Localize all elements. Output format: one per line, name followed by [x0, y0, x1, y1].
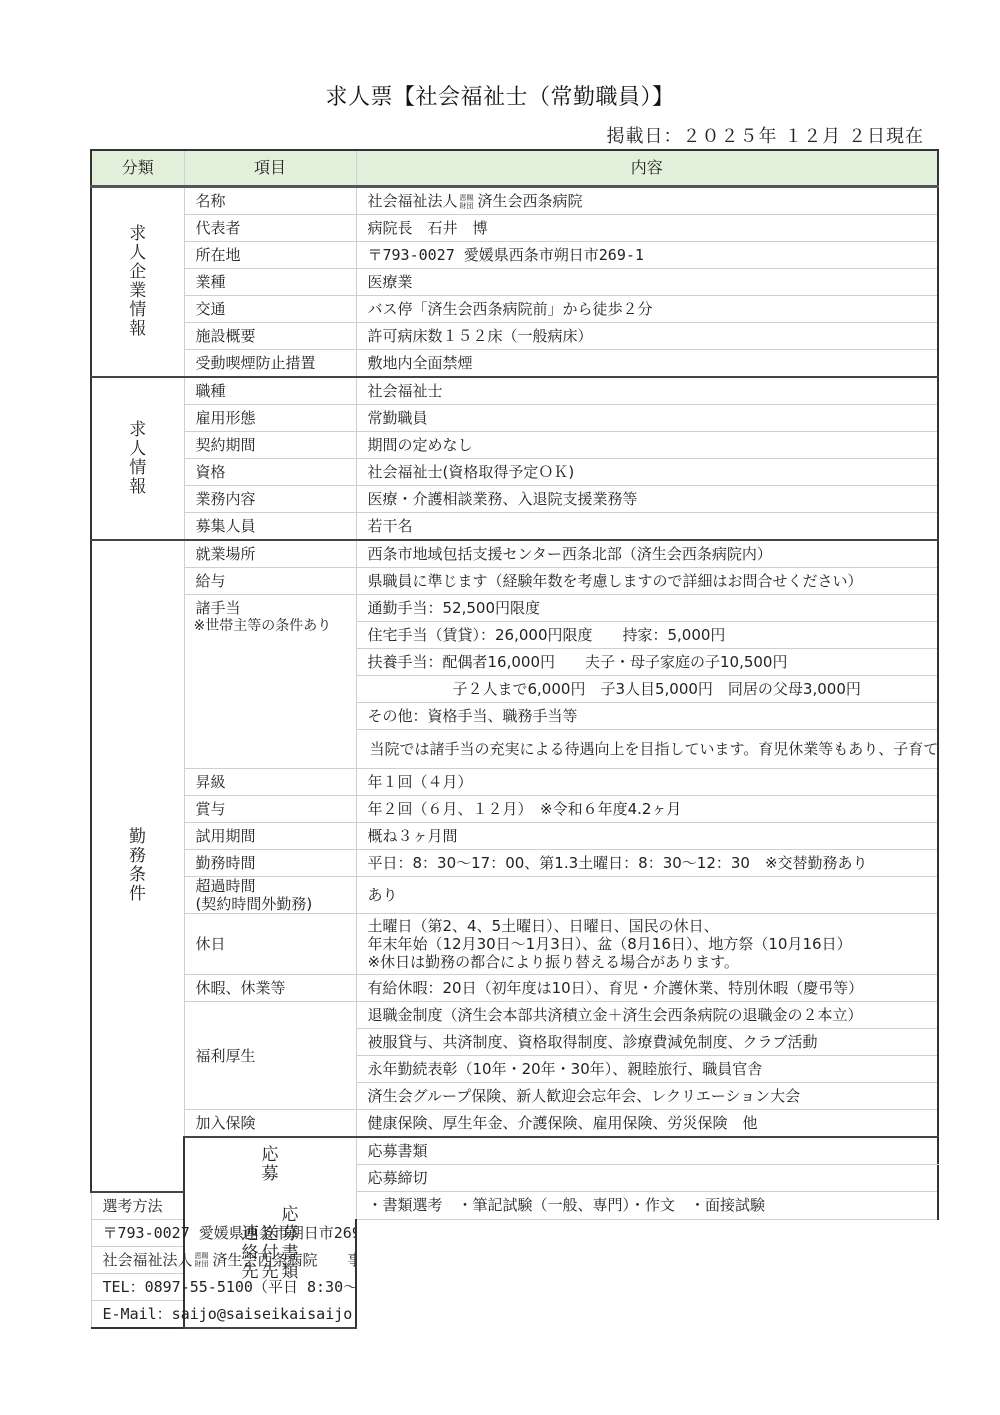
item-value: 医療・介護相談業務、入退院支援業務等 — [356, 486, 938, 513]
job-posting-table: 分類 項目 内容 求人企業情報 名称 社会福祉法人恩賜財団済生会西条病院 代表者… — [90, 149, 939, 1329]
contact-org: 社会福祉法人恩賜財団済生会西条病院 事務長 矢野 泰利まで — [91, 1246, 356, 1273]
item-label: 休日 — [184, 914, 356, 975]
item-value: バス停「済生会西条病院前」から徒歩２分 — [356, 296, 938, 323]
item-label: 所在地 — [184, 242, 356, 269]
item-label: 交通 — [184, 296, 356, 323]
item-label: 名称 — [184, 187, 356, 215]
item-value: 期間の定めなし — [356, 432, 938, 459]
holidays-value: 土曜日（第2、4、5土曜日）、日曜日、国民の休日、 年末年始（12月30日～1月… — [356, 914, 938, 975]
item-label: 選考方法 — [91, 1192, 184, 1220]
item-value: 常勤職員 — [356, 405, 938, 432]
item-value: 若干名 — [356, 513, 938, 541]
item-value: 健康保険、厚生年金、介護保険、雇用保険、労災保険 他 — [356, 1110, 938, 1138]
item-label: 代表者 — [184, 215, 356, 242]
item-value: 病院長 石井 博 — [356, 215, 938, 242]
zaidan-mark: 恩賜財団 — [195, 1252, 209, 1268]
allowance-line: 通勤手当：52,500円限度 — [356, 595, 938, 622]
item-value: 西条市地域包括支援センター西条北部（済生会西条病院内） — [356, 540, 938, 568]
item-value: 敷地内全面禁煙 — [356, 350, 938, 378]
category-job: 求人情報 — [91, 377, 184, 540]
zaidan-mark: 恩賜財団 — [460, 194, 474, 210]
item-label: 職種 — [184, 377, 356, 405]
item-value: 平日：8：30～17：00、第1.3土曜日：8：30～12：30 ※交替勤務あり — [356, 850, 938, 877]
item-label: 休暇、休業等 — [184, 975, 356, 1002]
item-label: 募集人員 — [184, 513, 356, 541]
page-title: 求人票【社会福祉士（常勤職員）】 — [0, 80, 1000, 111]
item-label: 試用期間 — [184, 823, 356, 850]
allowances-label: 諸手当 ※世帯主等の条件あり — [184, 595, 356, 769]
item-label: 受動喫煙防止措置 — [184, 350, 356, 378]
item-label: 応募書類 — [356, 1137, 938, 1165]
overtime-label: 超過時間 (契約時間外勤務) — [184, 877, 356, 914]
header-category: 分類 — [91, 150, 184, 187]
welfare-line: 被服貸与、共済制度、資格取得制度、診療費減免制度、クラブ活動 — [356, 1029, 938, 1056]
item-label: 資格 — [184, 459, 356, 486]
item-value: 医療業 — [356, 269, 938, 296]
category-company: 求人企業情報 — [91, 187, 184, 378]
item-value: ・書類選考 ・筆記試験（一般、専門）・作文 ・面接試験 — [356, 1192, 938, 1220]
welfare-line: 退職金制度（済生会本部共済積立金＋済生会西条病院の退職金の２本立） — [356, 1002, 938, 1029]
item-label: 雇用形態 — [184, 405, 356, 432]
item-label: 賞与 — [184, 796, 356, 823]
item-label: 加入保険 — [184, 1110, 356, 1138]
welfare-line: 永年勤続表彰（10年・20年・30年）、親睦旅行、職員官舎 — [356, 1056, 938, 1083]
item-value: 〒793-0027 愛媛県西条市朔日市269-1 — [356, 242, 938, 269]
item-value: 社会福祉士(資格取得予定ＯＫ) — [356, 459, 938, 486]
allowance-line: その他：資格手当、職務手当等 — [356, 703, 938, 730]
item-label: 昇級 — [184, 769, 356, 796]
item-value: 社会福祉士 — [356, 377, 938, 405]
contact-tel[interactable]: TEL：0897-55-5100（平日 8:30～17:00 第一・第三土曜日 … — [91, 1273, 356, 1300]
allowance-note-text: 当院では諸手当の充実による待遇向上を目指しています。育児休業等もあり、子育てをし… — [356, 730, 938, 769]
header-content: 内容 — [356, 150, 938, 187]
posted-date: 掲載日：２０２５年 １２月 ２日現在 — [607, 122, 924, 148]
item-label: 業種 — [184, 269, 356, 296]
allowance-line: 住宅手当（賃貸）：26,000円限度 持家：5,000円 — [356, 622, 938, 649]
contact-address: 〒793-0027 愛媛県西条市朔日市269-1 — [91, 1219, 356, 1246]
category-conditions: 勤務条件 — [91, 540, 184, 1192]
allowances-note: ※世帯主等の条件あり — [194, 617, 356, 635]
company-name-value: 社会福祉法人恩賜財団済生会西条病院 — [356, 187, 938, 215]
allowance-line: 扶養手当：配偶者16,000円 夫子・母子家庭の子10,500円 — [356, 649, 938, 676]
item-label: 施設概要 — [184, 323, 356, 350]
allowance-line: 子２人まで6,000円 子3人目5,000円 同居の父母3,000円 — [356, 676, 938, 703]
item-label: 給与 — [184, 568, 356, 595]
item-value: 年１回（４月） — [356, 769, 938, 796]
item-value: 有給休暇：20日（初年度は10日）、育児・介護休業、特別休暇（慶弔等） — [356, 975, 938, 1002]
welfare-line: 済生会グループ保険、新人歓迎会忘年会、レクリエーション大会 — [356, 1083, 938, 1110]
item-label: 業務内容 — [184, 486, 356, 513]
item-label: 契約期間 — [184, 432, 356, 459]
item-value: 概ね３ヶ月間 — [356, 823, 938, 850]
item-value: 許可病床数１５２床（一般病床） — [356, 323, 938, 350]
item-label: 就業場所 — [184, 540, 356, 568]
item-label: 応募締切 — [356, 1165, 938, 1192]
contact-email[interactable]: E-Mail：saijo@saiseikaisaijo.jp — [91, 1300, 356, 1328]
item-label: 福利厚生 — [184, 1002, 356, 1110]
item-value: 県職員に準じます（経験年数を考慮しますので詳細はお問合せください） — [356, 568, 938, 595]
item-label: 勤務時間 — [184, 850, 356, 877]
item-value: 年２回（６月、１２月） ※令和６年度4.2ヶ月 — [356, 796, 938, 823]
item-value: あり — [356, 877, 938, 914]
header-item: 項目 — [184, 150, 356, 187]
